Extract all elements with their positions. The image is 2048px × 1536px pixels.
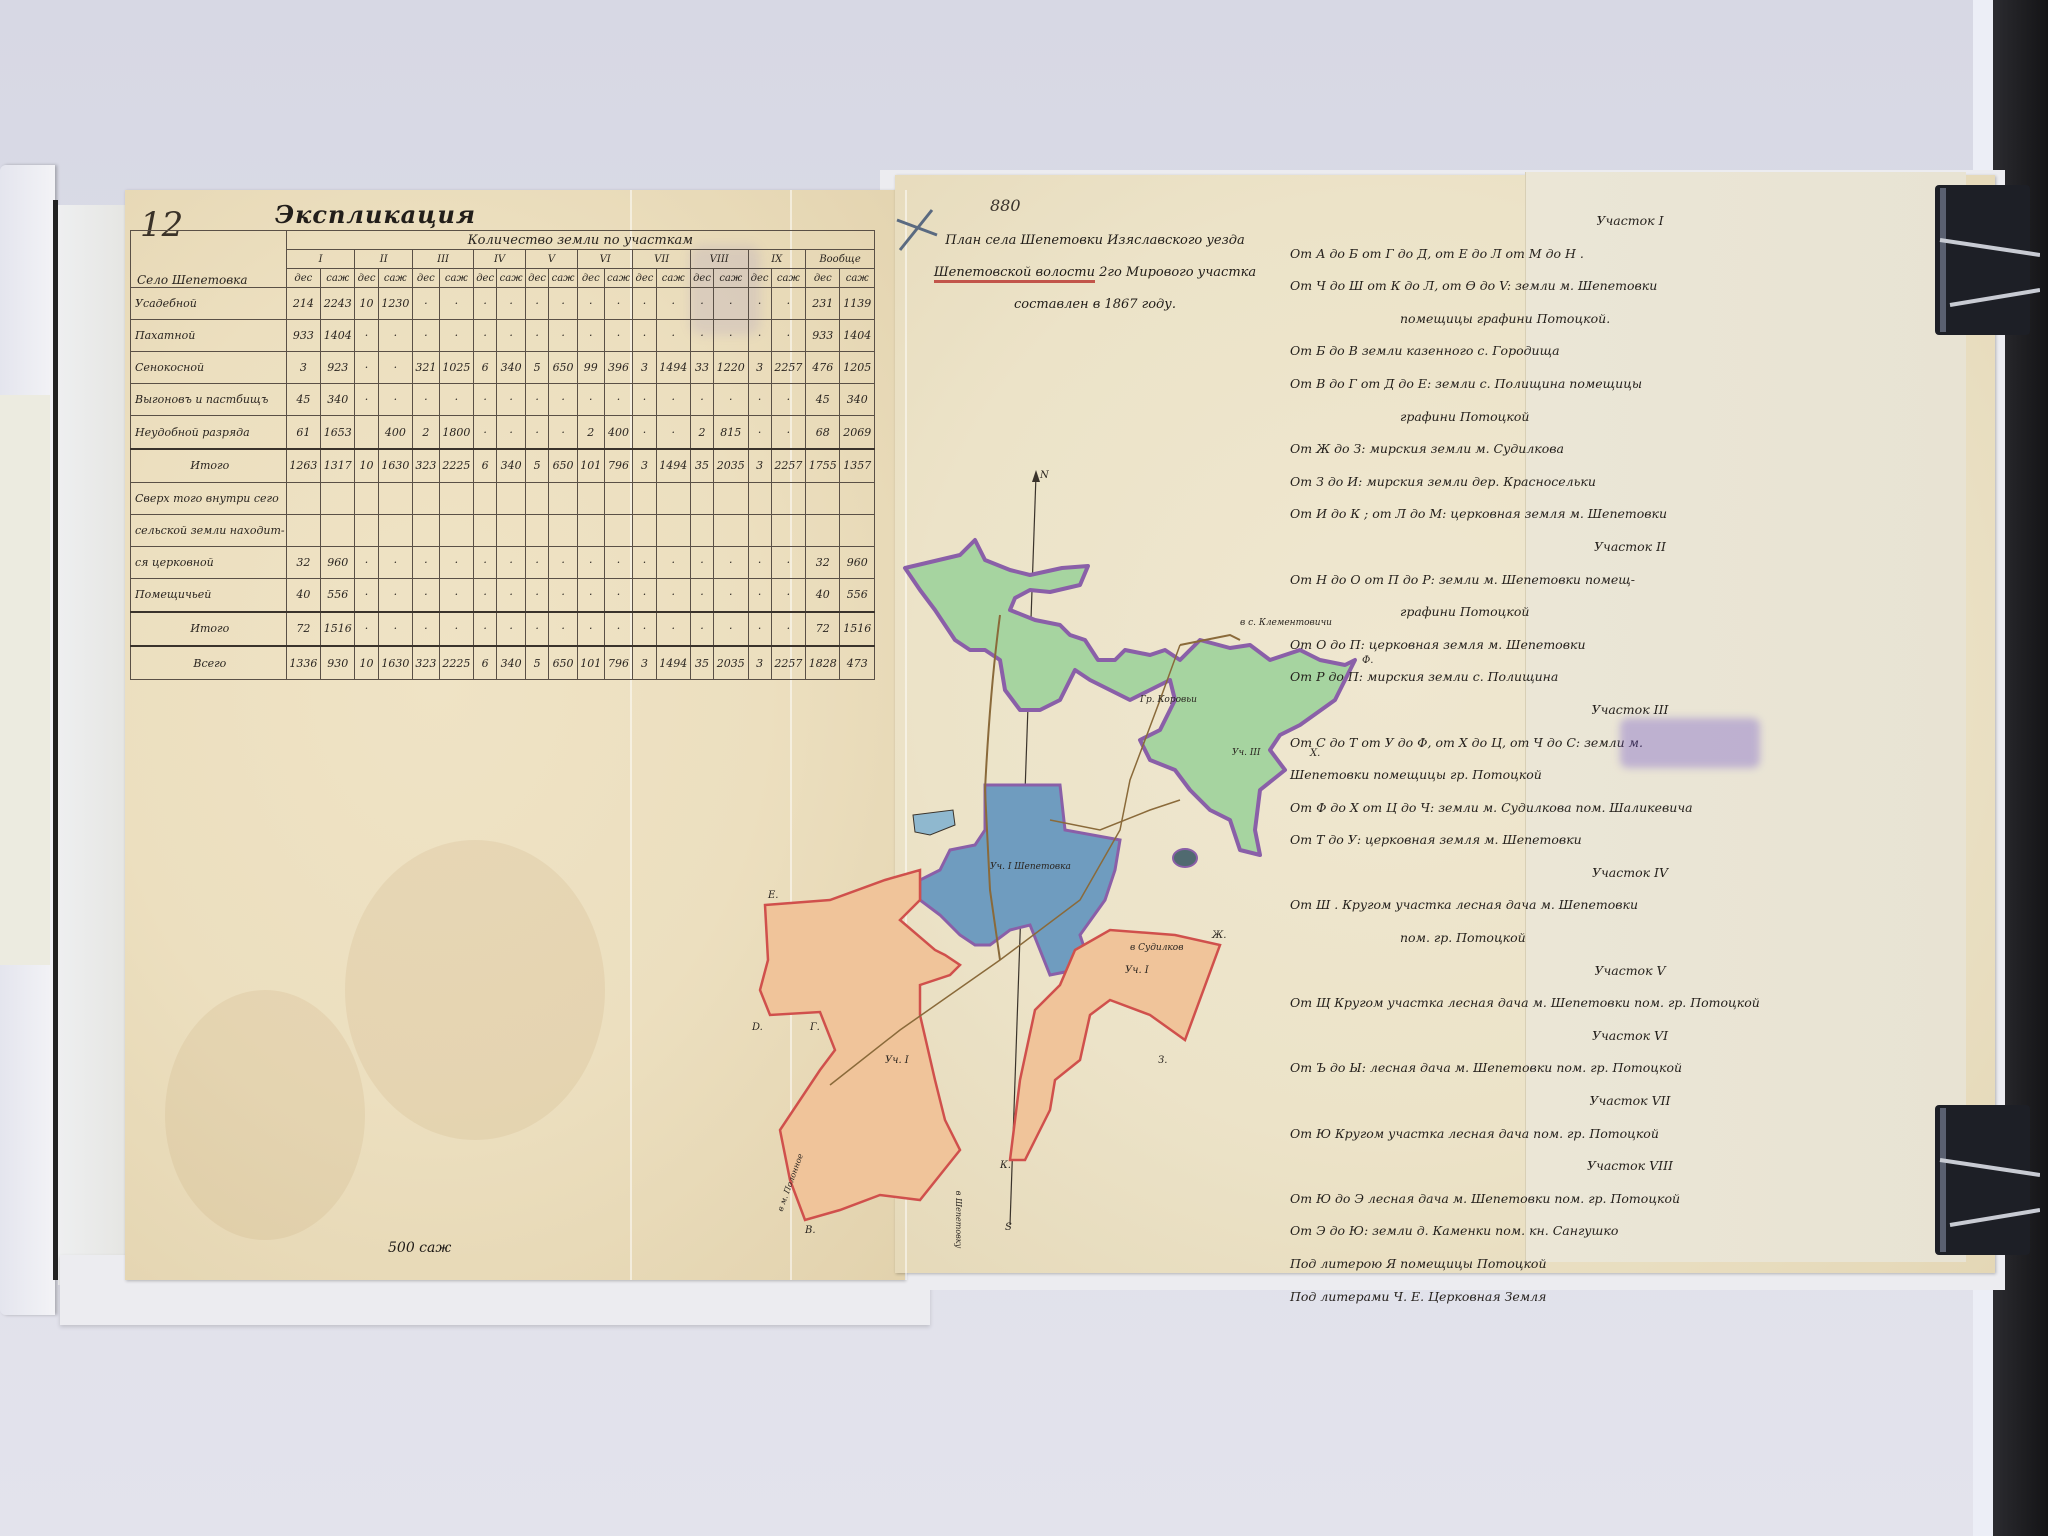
legend-section-heading: Участок II (1290, 531, 1930, 564)
legend-line: От Ъ до Ы: лесная дача м. Шепетовки пом.… (1290, 1052, 1930, 1085)
label-plot-iii: Уч. III (1232, 748, 1261, 758)
binder-clip-top (1930, 180, 2040, 340)
road-east (1050, 800, 1180, 830)
binder-clip-bottom (1930, 1100, 2040, 1260)
map-letter-k: К. (1000, 1160, 1011, 1171)
legend-line: пом. гр. Потоцкой (1290, 922, 1930, 955)
legend-line: графини Потоцкой (1290, 401, 1930, 434)
legend-section-heading: Участок IV (1290, 857, 1930, 890)
legend-section-heading: Участок III (1290, 694, 1930, 727)
map-letter-v: В. (805, 1225, 816, 1236)
label-plot-i-village: Уч. I Шепетовка (990, 862, 1071, 872)
label-plot-i-east: Уч. I (1125, 965, 1149, 976)
map-letter-zh: Ж. (1212, 930, 1226, 941)
legend-line: помещицы графини Потоцкой. (1290, 303, 1930, 336)
legend-line: От В до Г от Д до Е: земли с. Полищина п… (1290, 368, 1930, 401)
legend-line: От Н до О от П до Р: земли м. Шепетовки … (1290, 564, 1930, 597)
legend-line: графини Потоцкой (1290, 596, 1930, 629)
scale-label: 500 саж (388, 1240, 451, 1256)
legend-section-heading: Участок VI (1290, 1020, 1930, 1053)
legend-section-heading: Участок VIII (1290, 1150, 1930, 1183)
label-to-sudilkov: в Судилков (1130, 943, 1183, 953)
map-letter-d: D. (752, 1022, 763, 1033)
legend-line: От Т до У: церковная земля м. Шепетовки (1290, 824, 1930, 857)
legend-line: От Щ Кругом участка лесная дача м. Шепет… (1290, 987, 1930, 1020)
label-plot-i-south: Уч. I (885, 1055, 909, 1066)
legend-line: От О до П: церковная земля м. Шепетовки (1290, 629, 1930, 662)
legend-line: От З до И: мирския земли дер. Красносель… (1290, 466, 1930, 499)
legend-line: От Э до Ю: земли д. Каменки пом. кн. Сан… (1290, 1215, 1930, 1248)
legend-line: Под литерою Я помещицы Потоцкой (1290, 1248, 1930, 1281)
legend-section-heading: Участок V (1290, 955, 1930, 988)
label-grove: Гр. Коровьи (1140, 695, 1197, 705)
legend-line: От Ж до З: мирския земли м. Судилкова (1290, 433, 1930, 466)
forest-region (905, 540, 1355, 855)
legend-line: От Р до П: мирския земли с. Полищина (1290, 661, 1930, 694)
legend-line: От С до Т от У до Ф, от Х до Ц, от Ч до … (1290, 727, 1930, 760)
map-letter-z: З. (1158, 1055, 1167, 1066)
legend-line: От Ш . Кругом участка лесная дача м. Шеп… (1290, 889, 1930, 922)
legend-section-heading: Участок VII (1290, 1085, 1930, 1118)
legend-line: От И до К ; от Л до М: церковная земля м… (1290, 498, 1930, 531)
legend-section-heading: Участок I (1290, 205, 1930, 238)
purple-stamp (1620, 718, 1760, 768)
legend-line: От Ю до Э лесная дача м. Шепетовки пом. … (1290, 1183, 1930, 1216)
legend-line: Шепетовки помещицы гр. Потоцкой (1290, 759, 1930, 792)
legend-line: От Ю Кругом участка лесная дача пом. гр.… (1290, 1118, 1930, 1151)
peasant-land-east (1010, 930, 1220, 1160)
map-letter-g: Г. (810, 1022, 820, 1033)
legend-descriptions: Участок IОт А до Б от Г до Д, от Е до Л … (1290, 205, 1930, 1313)
pond (1173, 849, 1197, 867)
legend-line: От А до Б от Г до Д, от Е до Л от М до Н… (1290, 238, 1930, 271)
north-arrow-icon (1032, 470, 1040, 482)
north-label: N (1040, 470, 1049, 481)
south-label: S (1005, 1222, 1012, 1233)
legend-line: Под литерами Ч. Е. Церковная Земля (1290, 1281, 1930, 1314)
village-outlier-plot (913, 810, 955, 835)
legend-line: От Б до В земли казенного с. Городища (1290, 335, 1930, 368)
label-to-shepetovka: в Шепетовку (954, 1191, 963, 1248)
legend-line: От Ф до Х от Ц до Ч: земли м. Судилкова … (1290, 792, 1930, 825)
legend-line: От Ч до Ш от К до Л, от Ѳ до V: земли м.… (1290, 270, 1930, 303)
map-letter-e: Е. (768, 890, 778, 901)
